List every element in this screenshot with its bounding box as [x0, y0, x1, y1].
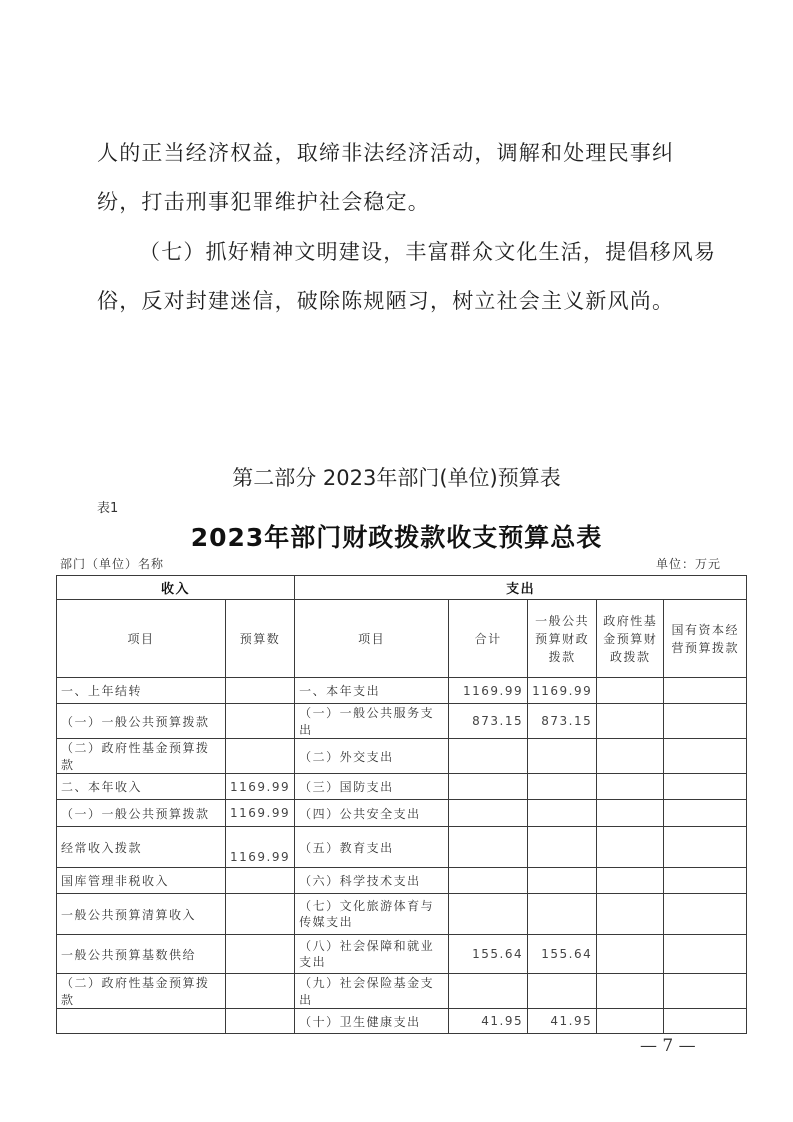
- gov-fund: [597, 739, 664, 774]
- state-capital: [664, 894, 747, 935]
- expense-item: （七）文化旅游体育与传媒支出: [295, 894, 449, 935]
- income-budget: [226, 868, 295, 894]
- income-budget: [226, 1009, 295, 1034]
- income-item: （一）一般公共预算拨款: [57, 704, 226, 739]
- income-item: 国库管理非税收入: [57, 868, 226, 894]
- gov-fund: [597, 678, 664, 704]
- state-capital: [664, 678, 747, 704]
- gov-fund: [597, 935, 664, 974]
- income-item: （一）一般公共预算拨款: [57, 800, 226, 827]
- gov-fund: [597, 827, 664, 868]
- expense-item: （一）一般公共服务支出: [295, 704, 449, 739]
- expense-item: （六）科学技术支出: [295, 868, 449, 894]
- income-item: （二）政府性基金预算拨款: [57, 739, 226, 774]
- table-row: 一、上年结转 一、本年支出 1169.99 1169.99: [57, 678, 747, 704]
- group-header-row: 收入 支出: [57, 576, 747, 600]
- expense-item: （九）社会保险基金支出: [295, 974, 449, 1009]
- state-capital: [664, 827, 747, 868]
- general-public: 1169.99: [528, 678, 597, 704]
- table-row: 国库管理非税收入 （六）科学技术支出: [57, 868, 747, 894]
- gov-fund: [597, 1009, 664, 1034]
- state-capital: [664, 800, 747, 827]
- income-item: （二）政府性基金预算拨款: [57, 974, 226, 1009]
- total: [449, 800, 528, 827]
- total: 1169.99: [449, 678, 528, 704]
- gov-fund: [597, 974, 664, 1009]
- general-public: [528, 827, 597, 868]
- table-row: （一）一般公共预算拨款 1169.99 （四）公共安全支出: [57, 800, 747, 827]
- total: [449, 827, 528, 868]
- state-capital: [664, 739, 747, 774]
- gov-fund: [597, 894, 664, 935]
- income-budget: [226, 935, 295, 974]
- unit-label: 单位：万元: [656, 555, 721, 572]
- gov-fund: [597, 704, 664, 739]
- income-budget: [226, 974, 295, 1009]
- department-label: 部门（单位）名称: [60, 555, 164, 572]
- income-budget: [226, 678, 295, 704]
- table-row: （二）政府性基金预算拨款 （九）社会保险基金支出: [57, 974, 747, 1009]
- income-group-header: 收入: [57, 576, 295, 600]
- general-public: 155.64: [528, 935, 597, 974]
- column-header-row: 项目 预算数 项目 合计 一般公共预算财政拨款 政府性基金预算财政拨款 国有资本…: [57, 600, 747, 678]
- col-header-expense-item: 项目: [295, 600, 449, 678]
- income-budget: 1169.99: [226, 800, 295, 827]
- table-row: （十）卫生健康支出 41.95 41.95: [57, 1009, 747, 1034]
- col-header-income-budget: 预算数: [226, 600, 295, 678]
- income-budget: [226, 704, 295, 739]
- general-public: [528, 774, 597, 800]
- table-row: 一般公共预算清算收入 （七）文化旅游体育与传媒支出: [57, 894, 747, 935]
- income-item: 一般公共预算基数供给: [57, 935, 226, 974]
- col-header-state-capital: 国有资本经营预算拨款: [664, 600, 747, 678]
- state-capital: [664, 704, 747, 739]
- total: [449, 739, 528, 774]
- total: [449, 894, 528, 935]
- col-header-gov-fund: 政府性基金预算财政拨款: [597, 600, 664, 678]
- col-header-total: 合计: [449, 600, 528, 678]
- general-public: 873.15: [528, 704, 597, 739]
- state-capital: [664, 774, 747, 800]
- expense-group-header: 支出: [295, 576, 747, 600]
- expense-item: 一、本年支出: [295, 678, 449, 704]
- income-item: [57, 1009, 226, 1034]
- total: 41.95: [449, 1009, 528, 1034]
- income-budget: 1169.99: [226, 774, 295, 800]
- col-header-income-item: 项目: [57, 600, 226, 678]
- income-item: 一、上年结转: [57, 678, 226, 704]
- state-capital: [664, 974, 747, 1009]
- table-title: 2023年部门财政拨款收支预算总表: [0, 518, 793, 554]
- table-number: 表1: [97, 497, 118, 516]
- expense-item: （三）国防支出: [295, 774, 449, 800]
- general-public: [528, 974, 597, 1009]
- expense-item: （四）公共安全支出: [295, 800, 449, 827]
- total: [449, 868, 528, 894]
- income-budget: [226, 739, 295, 774]
- total: 155.64: [449, 935, 528, 974]
- col-header-general-public: 一般公共预算财政拨款: [528, 600, 597, 678]
- table-row: 二、本年收入 1169.99 （三）国防支出: [57, 774, 747, 800]
- income-item: 二、本年收入: [57, 774, 226, 800]
- budget-table: 收入 支出 项目 预算数 项目 合计 一般公共预算财政拨款 政府性基金预算财政拨…: [56, 575, 747, 1034]
- expense-item: （二）外交支出: [295, 739, 449, 774]
- general-public: 41.95: [528, 1009, 597, 1034]
- expense-item: （八）社会保障和就业支出: [295, 935, 449, 974]
- general-public: [528, 894, 597, 935]
- income-budget: [226, 894, 295, 935]
- table-row: （二）政府性基金预算拨款 （二）外交支出: [57, 739, 747, 774]
- general-public: [528, 739, 597, 774]
- state-capital: [664, 1009, 747, 1034]
- income-budget: 1169.99: [226, 827, 295, 868]
- body-paragraph-2: （七）抓好精神文明建设，丰富群众文化生活，提倡移风易俗，反对封建迷信，破除陈规陋…: [97, 228, 717, 326]
- gov-fund: [597, 800, 664, 827]
- total: 873.15: [449, 704, 528, 739]
- body-paragraph-1: 人的正当经济权益，取缔非法经济活动，调解和处理民事纠纷，打击刑事犯罪维护社会稳定…: [97, 129, 717, 227]
- total: [449, 774, 528, 800]
- state-capital: [664, 868, 747, 894]
- table-row: （一）一般公共预算拨款 （一）一般公共服务支出 873.15 873.15: [57, 704, 747, 739]
- table-row: 经常收入拨款 1169.99 （五）教育支出: [57, 827, 747, 868]
- gov-fund: [597, 774, 664, 800]
- total: [449, 974, 528, 1009]
- expense-item: （五）教育支出: [295, 827, 449, 868]
- expense-item: （十）卫生健康支出: [295, 1009, 449, 1034]
- general-public: [528, 868, 597, 894]
- section-title: 第二部分 2023年部门(单位)预算表: [0, 462, 793, 492]
- income-item: 经常收入拨款: [57, 827, 226, 868]
- page-number: — 7 —: [640, 1036, 696, 1056]
- gov-fund: [597, 868, 664, 894]
- income-item: 一般公共预算清算收入: [57, 894, 226, 935]
- state-capital: [664, 935, 747, 974]
- general-public: [528, 800, 597, 827]
- table-row: 一般公共预算基数供给 （八）社会保障和就业支出 155.64 155.64: [57, 935, 747, 974]
